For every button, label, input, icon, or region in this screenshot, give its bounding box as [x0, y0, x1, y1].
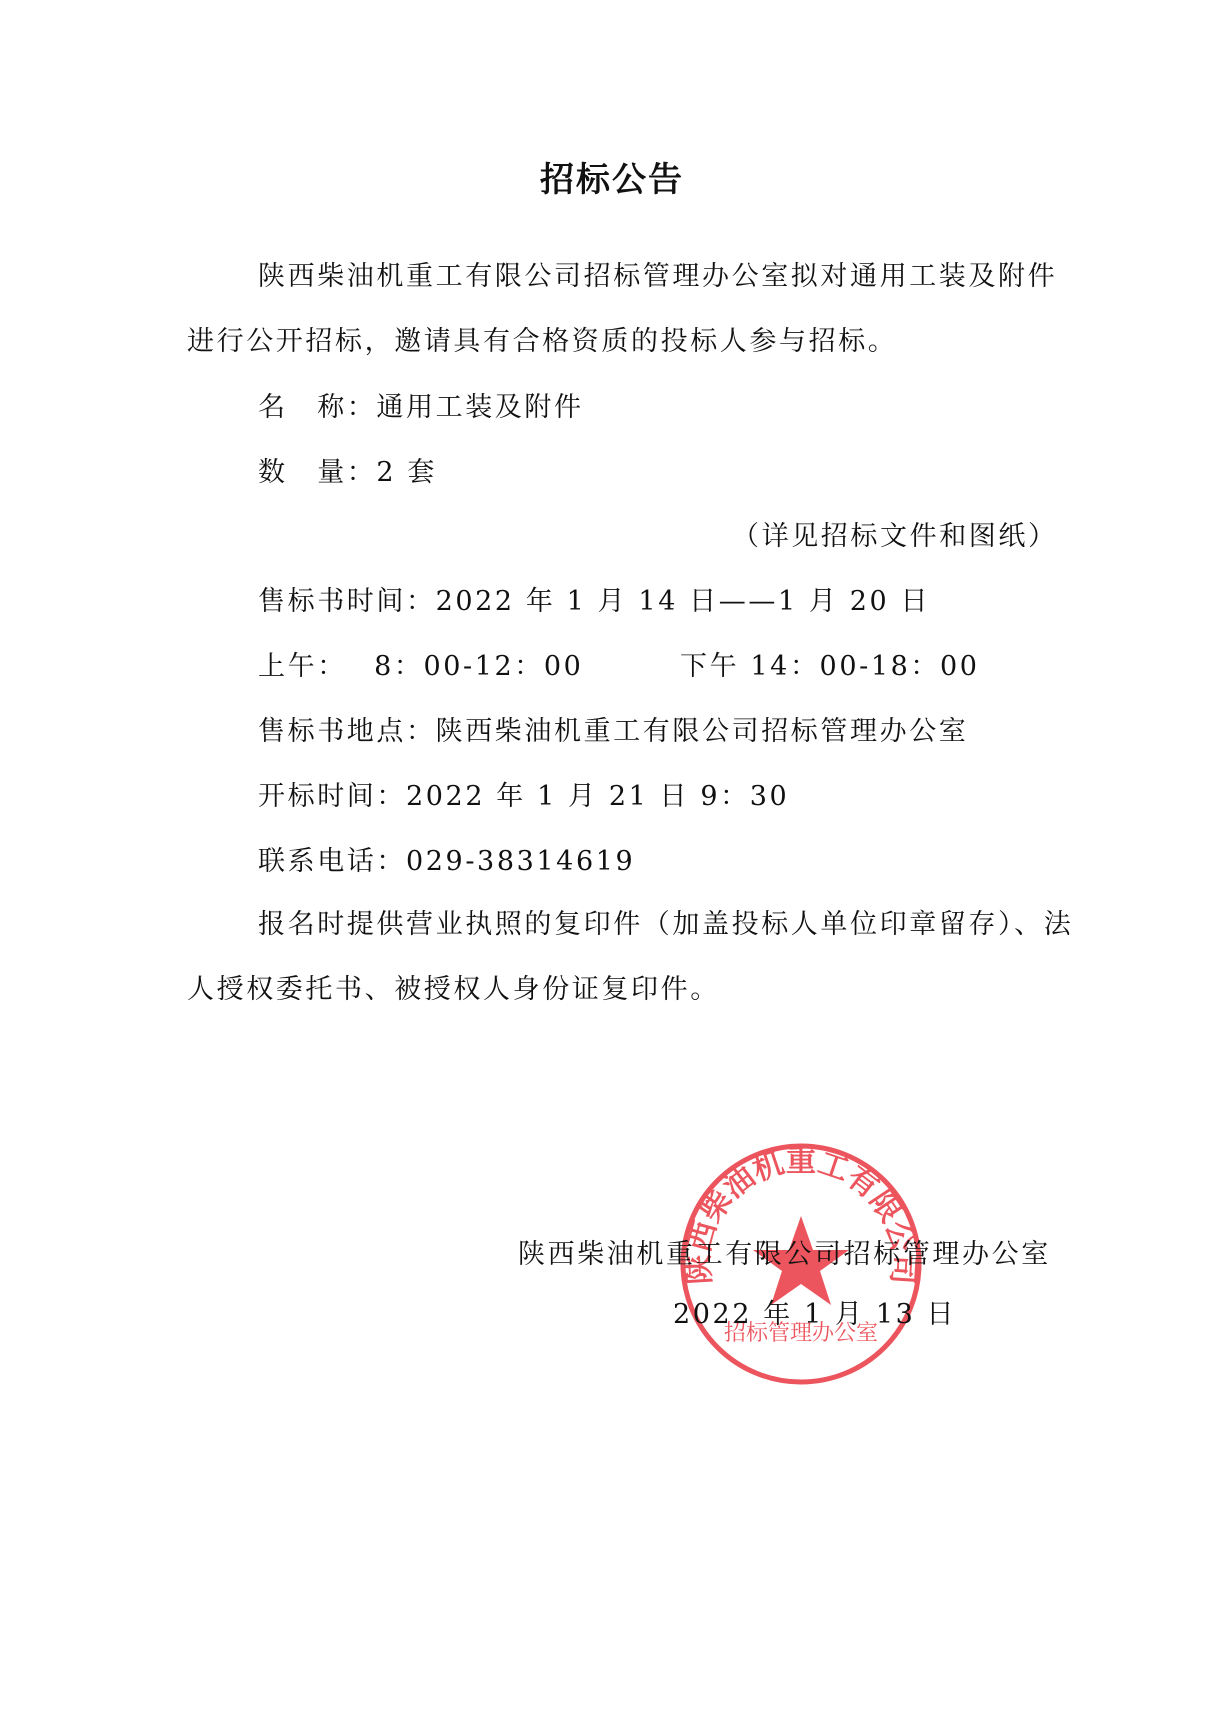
signature-organization: 陕西柴油机重工有限公司招标管理办公室 — [518, 1238, 1051, 1272]
intro-line-1: 陕西柴油机重工有限公司招标管理办公室拟对通用工装及附件 — [258, 260, 1057, 294]
field-opening-time: 开标时间：2022 年 1 月 21 日 9：30 — [258, 780, 789, 814]
field-morning-hours: 上午： 8：00-12：00 — [258, 650, 583, 684]
signature-date: 2022 年 1 月 13 日 — [673, 1298, 956, 1332]
field-quantity: 数 量：2 套 — [258, 456, 437, 490]
field-name: 名 称：通用工装及附件 — [258, 391, 584, 425]
field-phone: 联系电话：029-38314619 — [258, 845, 635, 879]
field-note: （详见招标文件和图纸） — [732, 520, 1058, 554]
field-afternoon-hours: 下午 14：00-18：00 — [680, 650, 980, 684]
field-sale-period: 售标书时间：2022 年 1 月 14 日——1 月 20 日 — [258, 585, 930, 619]
field-sale-location: 售标书地点：陕西柴油机重工有限公司招标管理办公室 — [258, 715, 968, 749]
page-title: 招标公告 — [0, 158, 1224, 202]
intro-line-2: 进行公开招标，邀请具有合格资质的投标人参与招标。 — [187, 325, 897, 359]
document-page: 招标公告 陕西柴油机重工有限公司招标管理办公室拟对通用工装及附件 进行公开招标，… — [0, 0, 1224, 1731]
registration-line-1: 报名时提供营业执照的复印件（加盖投标人单位印章留存）、法 — [258, 908, 1073, 942]
registration-line-2: 人授权委托书、被授权人身份证复印件。 — [187, 973, 720, 1007]
